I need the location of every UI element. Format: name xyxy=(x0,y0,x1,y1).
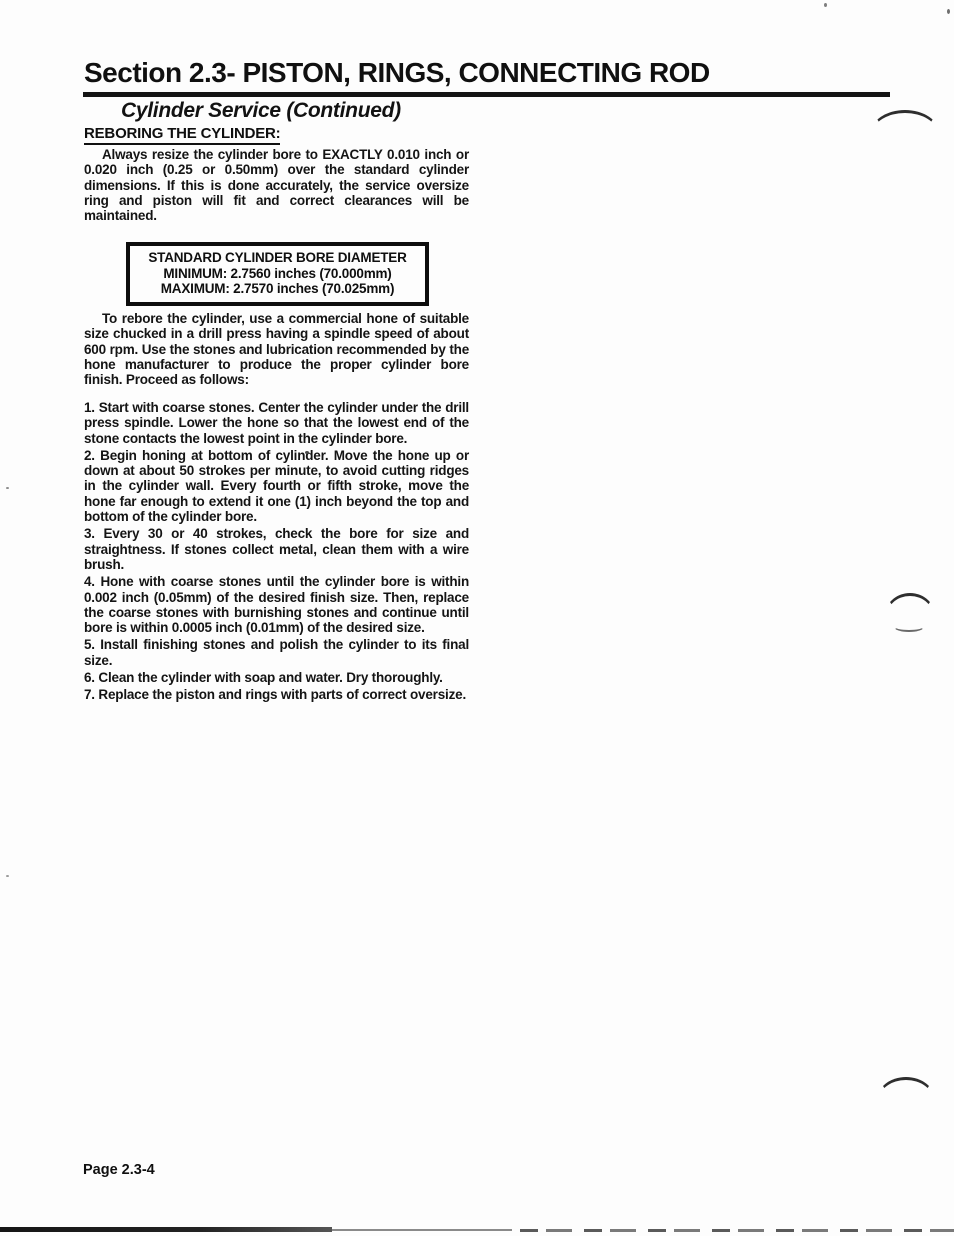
header-rule xyxy=(83,92,890,97)
section-title: Section 2.3- PISTON, RINGS, CONNECTING R… xyxy=(84,57,710,89)
procedure-step: 4. Hone with coarse stones until the cyl… xyxy=(84,574,469,635)
procedure-step: 7. Replace the piston and rings with par… xyxy=(84,687,469,702)
scan-artifact-arc-middle xyxy=(884,593,936,643)
scan-speck xyxy=(947,9,950,14)
spec-box-maximum: MAXIMUM: 2.7570 inches (70.025mm) xyxy=(132,281,423,297)
scan-artifact-arc-bottom xyxy=(877,1077,935,1123)
scan-artifact-arc-middle-dash xyxy=(894,622,924,632)
procedure-intro-paragraph: To rebore the cylinder, use a commercial… xyxy=(84,311,469,387)
page-subtitle: Cylinder Service (Continued) xyxy=(121,99,401,123)
intro-paragraph: Always resize the cylinder bore to EXACT… xyxy=(84,147,469,223)
procedure-step: 5. Install finishing stones and polish t… xyxy=(84,637,469,668)
scan-speck xyxy=(305,451,309,454)
procedure-step: 2. Begin honing at bottom of cylinder. M… xyxy=(84,448,469,524)
scan-speck xyxy=(824,3,827,7)
spec-box-title: STANDARD CYLINDER BORE DIAMETER xyxy=(132,250,423,266)
spec-box: STANDARD CYLINDER BORE DIAMETER MINIMUM:… xyxy=(126,242,429,306)
page-edge-artifact-solid xyxy=(0,1227,332,1232)
procedure-step: 6. Clean the cylinder with soap and wate… xyxy=(84,670,469,685)
procedure-step: 1. Start with coarse stones. Center the … xyxy=(84,400,469,446)
scan-speck xyxy=(6,487,9,489)
procedure-steps-list: 1. Start with coarse stones. Center the … xyxy=(84,400,469,705)
procedure-step: 3. Every 30 or 40 strokes, check the bor… xyxy=(84,526,469,572)
page-number: Page 2.3-4 xyxy=(83,1162,155,1178)
page-edge-artifact-dashes xyxy=(520,1229,954,1232)
scan-speck xyxy=(6,875,9,877)
scanned-manual-page: Section 2.3- PISTON, RINGS, CONNECTING R… xyxy=(0,0,954,1236)
page-edge-artifact-mid xyxy=(332,1229,512,1231)
reboring-heading: REBORING THE CYLINDER: xyxy=(84,125,280,145)
scan-artifact-arc-top xyxy=(871,110,939,156)
spec-box-minimum: MINIMUM: 2.7560 inches (70.000mm) xyxy=(132,266,423,282)
